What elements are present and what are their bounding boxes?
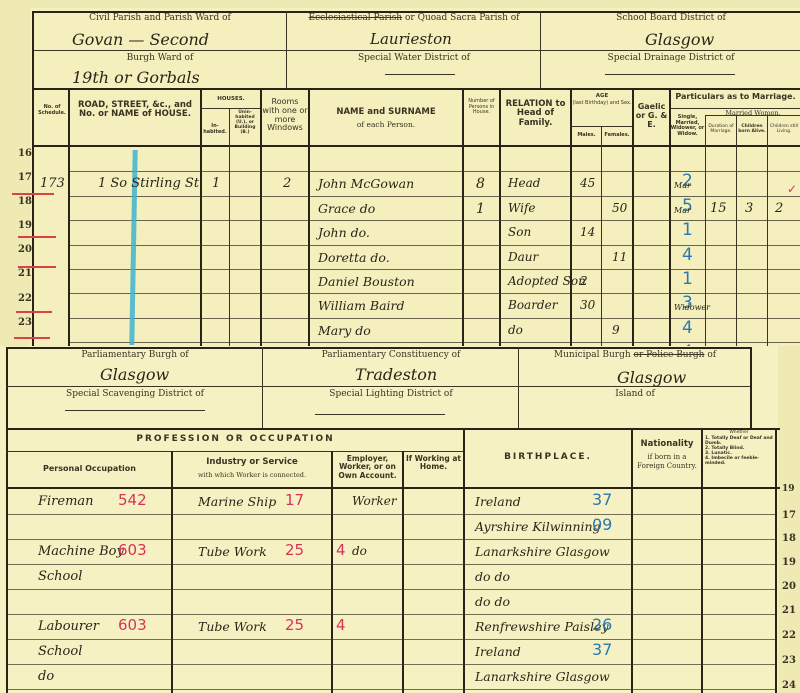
water-district-label: Special Water District of [288,54,540,63]
cell-occ-code: 603 [118,541,147,559]
line-number: 23 [782,655,796,666]
red-tick-mark [14,337,50,339]
cell-occ-code: 542 [118,491,147,509]
cell-relation: Daur [508,250,538,264]
age-header: AGE [572,93,632,99]
municipal-burgh-label: Municipal Burgh or Police Burgh of [520,351,750,360]
red-tick-mark [18,236,56,238]
line-number: 20 [18,244,32,255]
cell-employer: Worker [352,494,397,508]
cell-relation: Wife [508,201,536,215]
cell-rooms: 2 [283,176,291,191]
cell-ind-code: 25 [285,616,304,634]
cell-condition: Mar [674,206,691,215]
cell-ind-code: 17 [285,491,304,509]
line-number: 18 [782,533,796,544]
cell-male-age: 45 [580,176,595,190]
cell-birthplace: Ireland [475,644,521,659]
cell-persons: 1 [476,201,485,217]
cell-name: Mary do [318,323,371,338]
cell-relation: Head [508,176,540,190]
line-number: 18 [18,196,32,207]
cell-emp-code: 4 [336,541,346,559]
cell-duration: 15 [710,201,727,216]
cell-male-age: 30 [580,298,595,312]
ecclesiastical-parish-value: Laurieston [370,30,452,48]
cell-ind-code: 25 [285,541,304,559]
cell-occupation: Fireman [38,494,94,509]
municipal-burgh-value: Glasgow [617,368,686,387]
cell-bp-code: 26 [592,615,612,634]
cell-female-age: 9 [612,323,620,337]
line-number: 24 [782,680,796,691]
line-number: 19 [782,484,795,494]
cell-occupation: Labourer [38,619,99,634]
cell-occupation: School [38,644,82,659]
line-number: 23 [18,317,32,328]
cell-condition-code: 4 [682,245,693,265]
cell-male-age: 2 [580,274,588,288]
schedule-no-header: No. of Schedule. [36,105,68,116]
cell-schedule: 173 [40,176,65,191]
cell-condition-code: 1 [682,220,693,240]
cell-industry: Tube Work [198,619,267,634]
single-married-header: Single, Married, Widower, or Widow. [670,115,705,137]
cell-inhabited: 1 [212,176,220,191]
persons-header: Number of Persons in House. [464,99,499,116]
cell-persons: 8 [476,176,485,192]
cell-birthplace: Ireland [475,494,521,509]
parl-constituency-value: Tradeston [355,365,437,384]
cell-birthplace: do do [475,569,510,584]
school-board-label: School Board District of [542,14,800,23]
duration-header: Duration of Marriage. [706,125,736,135]
cell-condition-code: 4 [682,318,693,338]
profession-header: PROFESSION OR OCCUPATION [8,435,463,445]
houses-header: HOUSES. [202,96,260,102]
cell-birthplace: Lanarkshire Glasgow [475,669,610,684]
parl-constituency-label: Parliamentary Constituency of [264,351,518,360]
burgh-ward-label: Burgh Ward of [34,54,286,63]
struck-police-burgh: or Police Burgh [634,350,705,360]
females-header: Females. [602,133,632,139]
school-board-value: Glasgow [645,30,714,49]
cell-condition: Mar [674,181,691,190]
cell-female-age: 11 [612,250,627,264]
inhabited-header: In-habited. [201,124,229,135]
line-number: 20 [782,581,796,592]
nationality-header: Nationality [633,440,701,449]
infirmity-list: 1. Totally Deaf or Deaf and Dumb. 2. Tot… [705,437,775,467]
cell-birthplace: Lanarkshire Glasgow [475,544,610,559]
industry-header: Industry or Service [173,458,331,467]
age-sub-header: (last Birthday) and Sex. [572,101,632,107]
cell-occupation: School [38,569,82,584]
municipal-of: of [707,350,716,360]
cell-born: 3 [745,201,753,216]
line-number: 19 [782,557,796,568]
marriage-header: Particulars as to Marriage. [671,93,800,102]
line-number: 21 [18,268,32,279]
married-women-header: Married Women. [706,110,800,117]
civil-parish-label: Civil Parish and Parish Ward of [34,14,286,23]
cell-employer: do [352,544,367,558]
cell-bp-code: 37 [592,640,612,659]
cell-male-age: 14 [580,225,595,239]
ecclesiastical-parish-label: Ecclesiastical Parish or Quoad Sacra Par… [288,14,540,23]
nationality-sub-header: if born in a Foreign Country. [636,453,698,472]
males-header: Males. [572,133,601,139]
municipal-label: Municipal Burgh [554,350,631,360]
cell-relation: Son [508,225,531,239]
cell-birthplace: do do [475,594,510,609]
cell-birthplace: Renfrewshire Paisley [475,619,609,634]
red-tick-mark [12,193,54,195]
cell-bp-code: 37 [592,490,612,509]
parl-burgh-label: Parliamentary Burgh of [8,351,262,360]
gaelic-header: Gaelic or G. & E. [634,103,669,129]
parl-burgh-value: Glasgow [100,365,169,384]
line-number: 16 [18,148,32,159]
line-number: 17 [18,172,32,183]
line-number: 22 [782,630,796,641]
drainage-district-label: Special Drainage District of [542,54,800,63]
cell-condition: Widower [674,303,710,312]
burgh-ward-value: 19th or Gorbals [72,68,200,87]
cell-relation: do [508,323,523,337]
cell-industry: Marine Ship [198,494,276,509]
children-born-header: Children born Alive. [737,125,767,135]
line-number: 19 [18,220,32,231]
cell-name: Doretta do. [318,250,390,265]
employer-header: Employer, Worker, or on Own Account. [333,455,402,480]
island-label: Island of [520,390,750,399]
line-number: 17 [782,510,796,521]
children-living-header: Children still Living. [768,125,800,135]
birthplace-header: BIRTHPLACE. [465,453,631,463]
lighting-label: Special Lighting District of [264,390,518,399]
cell-emp-code: 4 [336,616,346,634]
cell-address: 1 So Stirling St [98,176,199,191]
working-home-header: If Working at Home. [404,455,463,472]
red-tick-mark [16,311,52,313]
scavenging-label: Special Scavenging District of [8,390,262,399]
quoad-sacra-label: or Quoad Sacra Parish of [405,13,520,23]
line-number: 21 [782,605,796,616]
personal-occupation-header: Personal Occupation [8,465,171,474]
cell-female-age: 50 [612,201,627,215]
cell-birthplace: Ayrshire Kilwinning [475,519,601,534]
cell-name: John McGowan [318,176,414,191]
cell-industry: Tube Work [198,544,267,559]
red-check-icon: ✓ [787,182,797,196]
relation-header: RELATION to Head of Family. [501,100,570,128]
cell-condition-code: 1 [682,269,693,289]
struck-ecclesiastical: Ecclesiastical Parish [309,13,403,23]
name-header: NAME and SURNAME [310,108,462,117]
cell-name: William Baird [318,298,405,313]
name-sub-header: of each Person. [310,121,462,129]
cell-bp-code: 09 [592,515,612,534]
infirmity-item: 4. Imbecile or feeble-minded. [705,457,775,467]
cell-relation: Adopted Son [508,274,586,288]
cell-occ-code: 603 [118,616,147,634]
civil-parish-value: Govan — Second [72,30,209,49]
cell-relation: Boarder [508,298,557,312]
road-street-header: ROAD, STREET, &c., and No. or NAME of HO… [72,101,198,120]
red-tick-mark [18,266,56,268]
rooms-header: Rooms with one or more Windows [262,98,308,133]
cell-name: Daniel Bouston [318,274,415,289]
cell-name: John do. [318,225,370,240]
cell-occupation: Machine Boy [38,544,124,559]
uninhabited-header: Unin-habited (U.), or Building (B.) [230,111,260,136]
cell-name: Grace do [318,201,375,216]
cell-occupation: do [38,669,54,684]
cell-living: 2 [775,201,783,216]
industry-sub-header: with which Worker is connected. [173,472,331,479]
line-number: 22 [18,293,32,304]
